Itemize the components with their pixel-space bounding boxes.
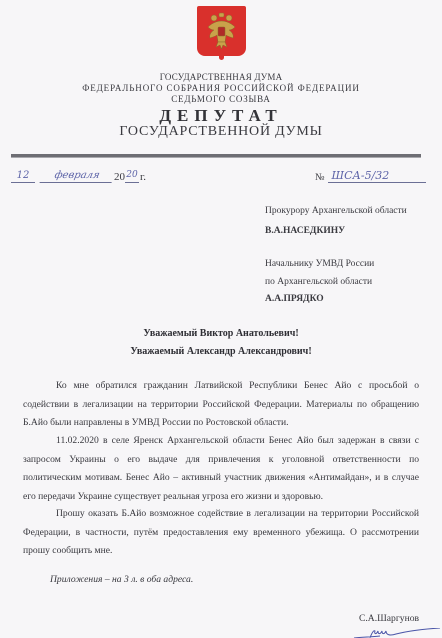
letterhead-divider [11,154,421,158]
letterhead-line-2: ФЕДЕРАЛЬНОГО СОБРАНИЯ РОССИЙСКОЙ ФЕДЕРАЦ… [0,83,442,93]
number-sign: № [315,172,325,183]
coat-of-arms-icon [197,6,246,56]
addressee-2-name: А.А.ПРЯДКО [265,294,324,304]
document-page: ГОСУДАРСТВЕННАЯ ДУМА ФЕДЕРАЛЬНОГО СОБРАН… [0,0,442,638]
addressee-1-position: Прокурору Архангельской области [265,206,407,216]
letterhead-title: ДЕПУТАТ [0,106,442,126]
addressee-1-name: В.А.НАСЕДКИНУ [265,226,345,236]
handwritten-signature-icon [352,627,442,638]
attachment-note: Приложения – на 3 л. в оба адреса. [50,574,193,585]
body-paragraph-3: Прошу оказать Б.Айо возможное содействие… [23,505,419,561]
body-paragraph-1: Ко мне обратился гражданин Латвийской Ре… [23,377,419,433]
date-year-prefix: 20 [114,171,125,183]
date-day: 12 [11,169,35,183]
date-year-abbr: г. [140,171,146,183]
double-headed-eagle-icon [203,11,240,51]
salutation-2: Уважаемый Александр Александрович! [0,346,442,357]
document-date: 12 февраля 20 20 г. [11,163,146,183]
addressee-2-position: Начальнику УМВД России [265,259,374,269]
letterhead-line-3: СЕДЬМОГО СОЗЫВА [0,94,442,104]
signer-name: С.А.Шаргунов [359,613,419,624]
number-value: ШСА-5/32 [328,169,426,183]
document-number: № ШСА-5/32 [315,163,426,183]
emblem-point [219,56,224,60]
letterhead-subtitle: ГОСУДАРСТВЕННОЙ ДУМЫ [0,124,442,140]
emblem-shield [197,6,246,56]
salutation-1: Уважаемый Виктор Анатольевич! [0,328,442,339]
date-year-suffix: 20 [125,169,139,183]
letterhead-line-1: ГОСУДАРСТВЕННАЯ ДУМА [0,72,442,82]
addressee-2-region: по Архангельской области [265,277,372,287]
date-month: февраля [40,169,115,183]
body-paragraph-2: 11.02.2020 в селе Яренск Архангельской о… [23,432,419,506]
